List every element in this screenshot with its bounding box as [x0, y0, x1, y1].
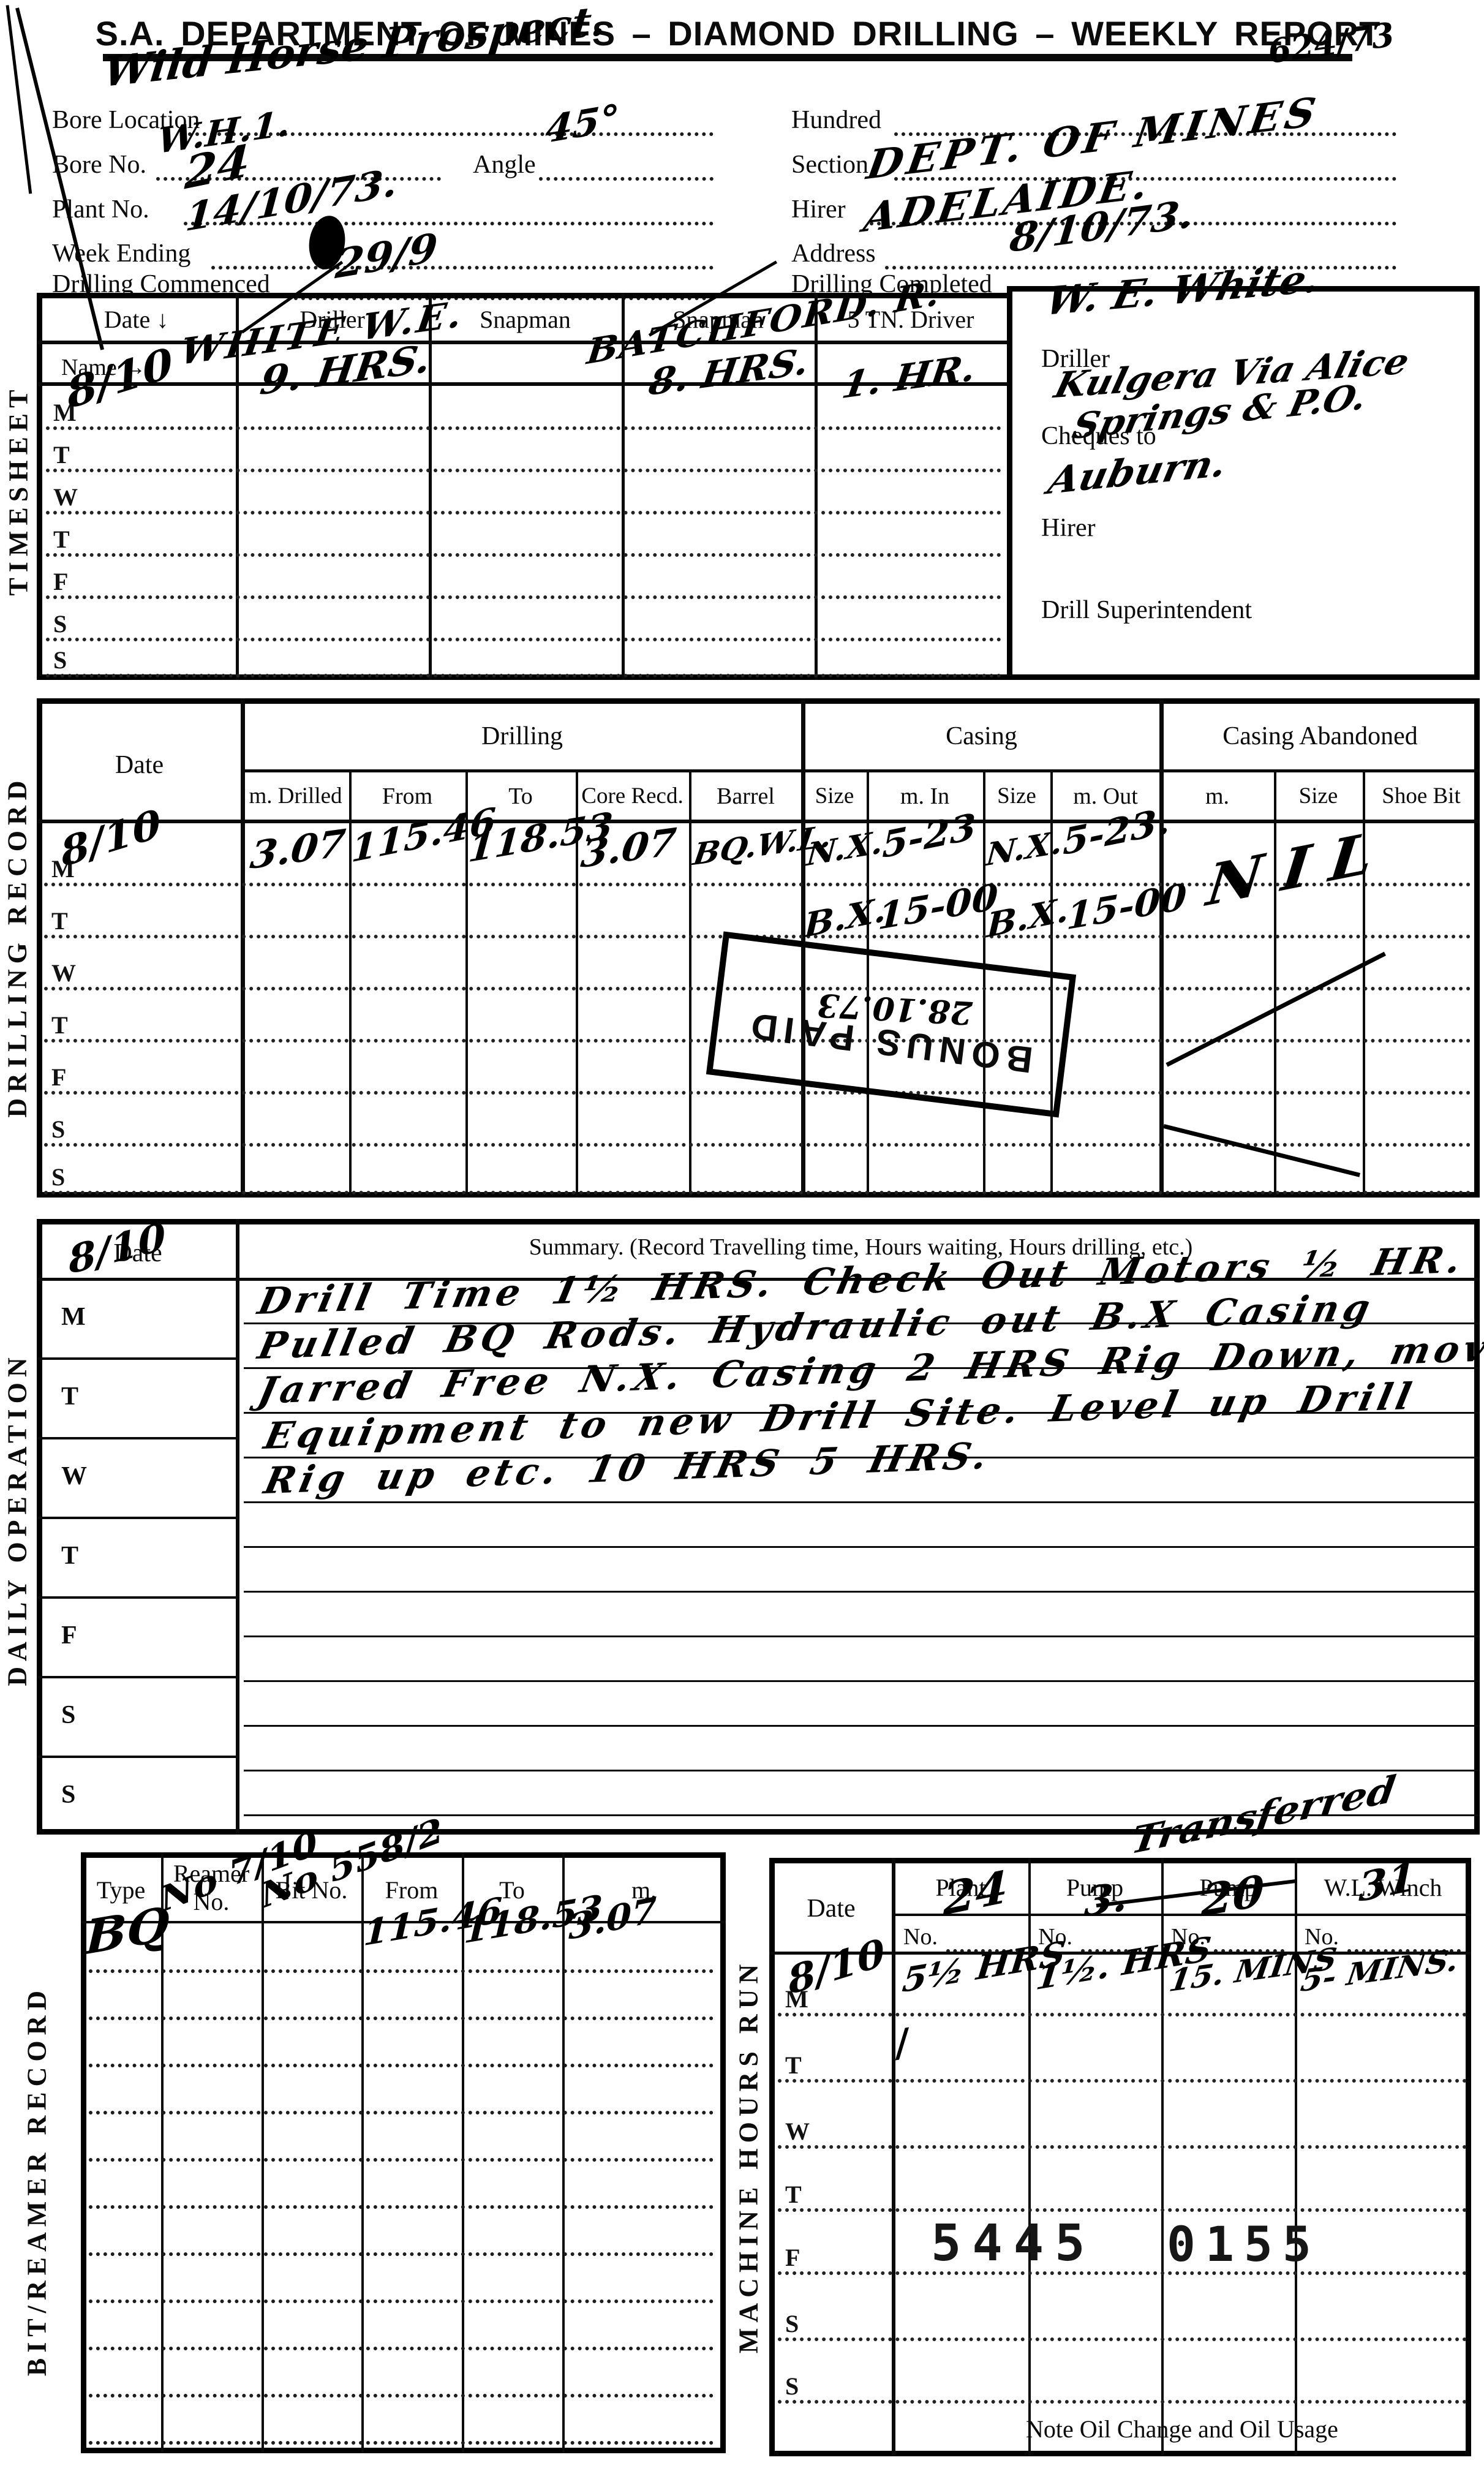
angle-value: 45°: [544, 96, 621, 152]
daily-date-col-line: [236, 1219, 239, 1835]
timesheet-row-sun: S: [46, 646, 1001, 677]
bit-reamer-section-label: BIT/REAMER RECORD: [21, 1985, 53, 2376]
machine-row-fri: F: [778, 2243, 1467, 2275]
drilling-col-m-in: m. In: [867, 783, 983, 810]
bore-no-label: Bore No.: [52, 150, 146, 179]
bit-reamer-row-line: [89, 2016, 714, 2020]
drilling-col-from: From: [349, 783, 465, 810]
timesheet-row-fri: F: [46, 567, 1001, 599]
week-ending-label: Week Ending: [52, 239, 190, 268]
daily-day-thu: T: [61, 1541, 78, 1571]
drilling-col-m-abandoned: m.: [1161, 783, 1274, 810]
drilling-date-label: Date: [37, 750, 242, 780]
drilling-col-size-in: Size: [802, 783, 867, 809]
angle-label: Angle: [473, 150, 536, 179]
daily-day-fri: F: [61, 1621, 77, 1650]
drilling-col-core-recd: Core Recd.: [576, 783, 689, 809]
bit-reamer-row-line: [89, 2441, 714, 2445]
daily-ruled-line: [244, 1546, 1480, 1548]
daily-day-sun: S: [61, 1780, 75, 1809]
drilling-col-size-abandoned: Size: [1274, 783, 1363, 809]
daily-ruled-line: [244, 1635, 1480, 1637]
machine-plant-no-label: No.: [903, 1923, 938, 1950]
timesheet-row-sat: S: [46, 609, 1001, 641]
daily-daycell-divider: [37, 1357, 239, 1360]
drilling-col-barrel: Barrel: [689, 783, 802, 810]
daily-daycell-divider: [37, 1517, 239, 1519]
drilling-group-casing: Casing: [802, 722, 1161, 751]
drilling-group-abandoned: Casing Abandoned: [1161, 722, 1480, 751]
bit-reamer-row-line: [89, 2299, 714, 2303]
daily-daycell-divider: [37, 1596, 239, 1599]
daily-day-sat: S: [61, 1700, 75, 1730]
timesheet-row-tue: T: [46, 440, 1001, 472]
drilling-col-shoe-bit: Shoe Bit: [1363, 783, 1480, 809]
daily-ruled-line: [244, 1770, 1480, 1771]
drilling-subheader-rule: [37, 820, 1480, 823]
drilling-group-rule: [242, 769, 1480, 772]
bit-reamer-row-line: [89, 2394, 714, 2397]
drilling-col-size-out: Size: [983, 783, 1050, 809]
scanned-weekly-report: S.A. DEPARTMENT OF MINES – DIAMOND DRILL…: [0, 0, 1484, 2471]
daily-ruled-line: [244, 1680, 1480, 1682]
oil-note: Note Oil Change and Oil Usage: [893, 2415, 1471, 2443]
machine-pump1-no-value: 3.: [1083, 1873, 1129, 1926]
daily-day-mon: M: [61, 1302, 86, 1332]
daily-ruled-line: [244, 1725, 1480, 1727]
address-label: Address: [791, 239, 876, 268]
machine-hours-section-label: MACHINE HOURS RUN: [733, 1959, 764, 2353]
drilling-record-section-label: DRILLING RECORD: [2, 775, 33, 1117]
pump2-hours-counter: 0155: [1167, 2217, 1321, 2273]
bit-reamer-row-line: [89, 2111, 714, 2114]
panel-superintendent-label: Drill Superintendent: [1041, 595, 1252, 625]
machine-row-wed: W: [778, 2117, 1467, 2149]
plant-hours-counter: 5445: [931, 2214, 1096, 2273]
panel-cheques-label: Cheques to: [1041, 421, 1156, 451]
daily-ruled-line: [244, 1501, 1480, 1503]
hirer-label: Hirer: [791, 195, 846, 224]
machine-row-sun: S: [778, 2372, 1467, 2404]
drilling-commenced-value: 29/9: [334, 224, 439, 288]
drilling-row-sat: S: [44, 1115, 1471, 1147]
bit-reamer-col-line: [262, 1852, 264, 2453]
bit-reamer-row-line: [89, 1969, 714, 1973]
drilling-col-m-drilled: m. Drilled: [242, 783, 349, 809]
bit-reamer-row-line: [89, 2064, 714, 2067]
machine-col-line: [892, 1858, 895, 2456]
bit-reamer-col-line: [562, 1852, 565, 2453]
daily-operation-section-label: DAILY OPERATION: [2, 1352, 33, 1686]
drilling-row-sun: S: [44, 1163, 1471, 1194]
daily-daycell-divider: [37, 1676, 239, 1678]
daily-day-wed: W: [61, 1462, 87, 1491]
angle-line: [539, 177, 714, 181]
machine-row-thu: T: [778, 2180, 1467, 2212]
hundred-label: Hundred: [791, 105, 881, 135]
bit-reamer-row-line: [89, 2205, 714, 2209]
daily-daycell-divider: [37, 1437, 239, 1439]
plant-no-label: Plant No.: [52, 195, 149, 224]
week-ending-line: [211, 266, 714, 270]
corner-fold-line-2: [6, 5, 32, 194]
timesheet-row-thu: T: [46, 525, 1001, 557]
timesheet-row-wed: W: [46, 483, 1001, 515]
machine-row-tue: T: [778, 2051, 1467, 2083]
machine-date-label: Date: [769, 1894, 893, 1923]
timesheet-section-label: TIMESHEET: [3, 384, 34, 595]
machine-row-sat: S: [778, 2309, 1467, 2341]
panel-hirer-label: Hirer: [1041, 513, 1096, 543]
drilling-group-drilling: Drilling: [242, 722, 802, 751]
daily-daycell-divider: [37, 1756, 239, 1758]
daily-ruled-line: [244, 1591, 1480, 1593]
bit-reamer-row-line: [89, 2158, 714, 2162]
bit-reamer-row-line: [89, 2252, 714, 2256]
daily-day-tue: T: [61, 1382, 78, 1411]
bit-reamer-row-line: [89, 2347, 714, 2350]
section-label: Section: [791, 150, 868, 179]
drilling-row-tue: T: [44, 907, 1471, 938]
